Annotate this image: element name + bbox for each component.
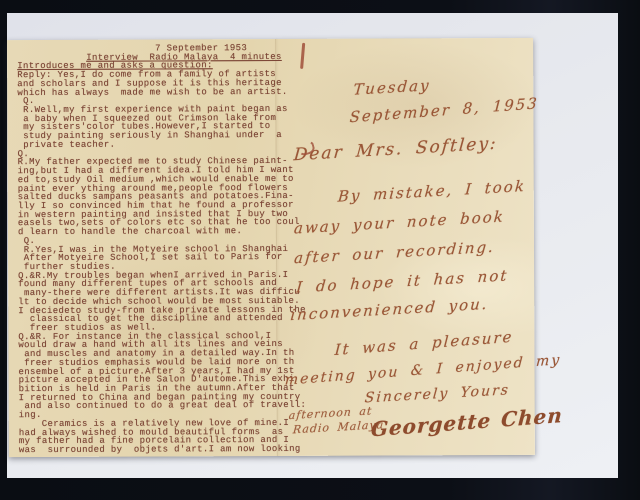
handwritten-line: Sincerely Yours — [364, 382, 510, 406]
handwritten-line: September 8, 1953 — [349, 94, 539, 126]
handwritten-line: It was a pleasure — [334, 328, 514, 359]
letter-paper: 7 September 1953 Interview Radio Malaya … — [7, 38, 535, 457]
handwritten-line: meeting you & I enjoyed my — [284, 352, 561, 389]
handwritten-line: after our recording. — [293, 238, 495, 268]
handwritten-line: away your note book — [293, 207, 505, 237]
handwritten-letter: TuesdaySeptember 8, 1953Dear Mrs. Softle… — [7, 38, 535, 457]
handwritten-line: Dear Mrs. Softley: — [293, 134, 499, 166]
photo-of-letter: 7 September 1953 Interview Radio Malaya … — [0, 0, 640, 500]
signature: Georgette Chen — [370, 403, 563, 441]
handwritten-line: Tuesday — [353, 76, 432, 98]
handwritten-line: inconvenienced you. — [290, 295, 490, 324]
handwritten-line: I do hope it has not — [296, 266, 510, 296]
handwritten-line: By mistake, I took — [337, 177, 527, 206]
